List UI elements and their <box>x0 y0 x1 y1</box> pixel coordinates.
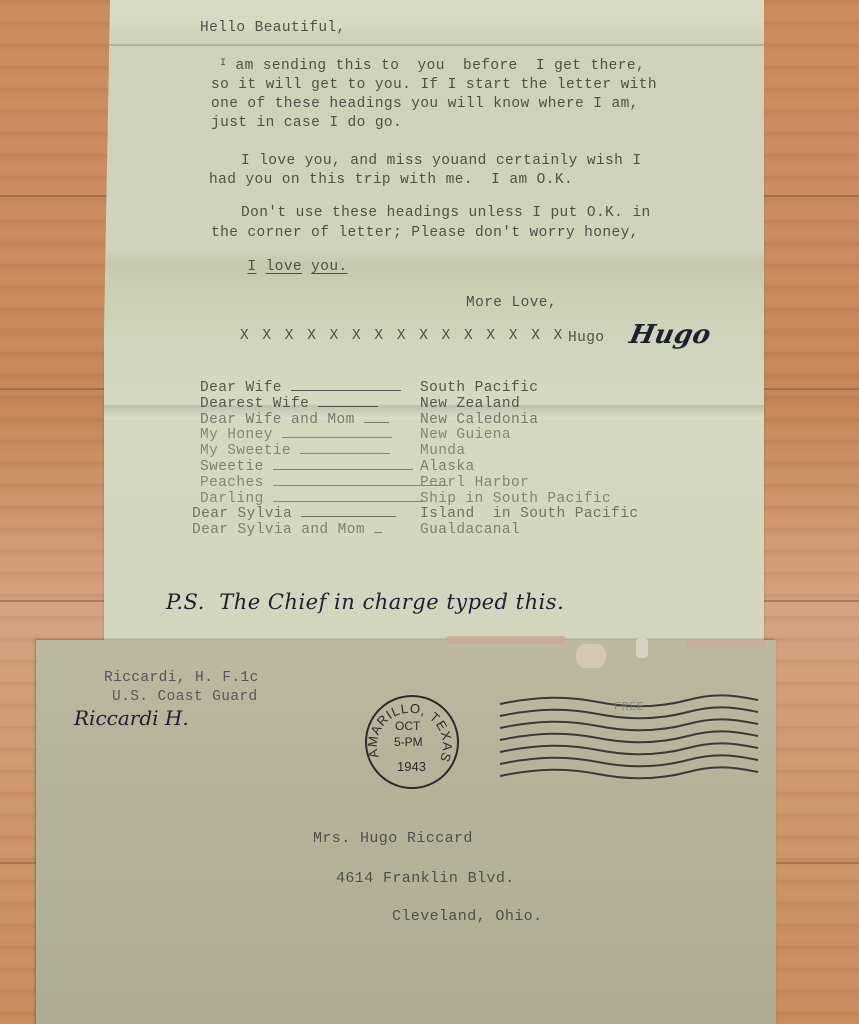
paragraph-1-line-3: one of these headings you will know wher… <box>211 96 639 112</box>
code-heading: Dear Sylvia and Mom <box>192 522 374 538</box>
code-key-row: Darling Ship in South Pacific <box>200 491 720 507</box>
code-heading: Darling <box>200 491 273 507</box>
recipient-street: 4614 Franklin Blvd. <box>336 870 515 887</box>
code-heading: My Honey <box>200 427 282 443</box>
kisses-row: X X X X X X X X X X X X X X X <box>240 328 565 344</box>
underscore-blank <box>282 427 392 438</box>
recipient-city: Cleveland, Ohio. <box>392 908 542 925</box>
code-key-row: My Sweetie Munda <box>200 443 720 459</box>
code-heading: Dearest Wife <box>200 396 318 412</box>
letter-greeting: Hello Beautiful, <box>200 20 346 36</box>
code-location: Alaska <box>420 459 475 475</box>
paragraph-2-line-1: I love you, and miss youand certainly wi… <box>241 153 641 169</box>
code-key-row: Sweetie Alaska <box>200 459 720 475</box>
code-key-row: Peaches Pearl Harbor <box>200 475 720 491</box>
letter-closing: More Love, <box>466 295 557 311</box>
torn-flap-fragment <box>446 636 566 644</box>
code-key-row: Dear Sylvia Island in South Pacific <box>192 506 712 522</box>
handwritten-signature: Hugo <box>627 320 714 350</box>
underlined-word: love <box>266 259 302 275</box>
postmark-date: OCT <box>395 719 420 733</box>
paragraph-1-line-2: so it will get to you. If I start the le… <box>211 77 657 93</box>
paragraph-1-line-1: I I am sending this to you before I get … <box>220 58 645 74</box>
code-key-row: Dear Wife and Mom New Caledonia <box>200 412 720 428</box>
underscore-blank <box>273 459 413 470</box>
code-heading: Dear Wife <box>200 380 291 396</box>
torn-flap-fragment <box>686 640 766 648</box>
handwritten-postscript: P.S. The Chief in charge typed this. <box>166 590 564 614</box>
underscore-blank <box>301 506 396 517</box>
underscore-blank <box>273 491 423 502</box>
paragraph-3-line-2: the corner of letter; Please don't worry… <box>211 225 639 241</box>
code-key-row: Dear Wife South Pacific <box>200 380 720 396</box>
return-address-line-2: U.S. Coast Guard <box>112 689 258 705</box>
code-location: New Guiena <box>420 427 511 443</box>
paper-fold-top <box>104 44 764 46</box>
free-frank: FREE <box>614 700 644 714</box>
paragraph-3-line-1: Don't use these headings unless I put O.… <box>241 205 651 221</box>
postmark-time: 5-PM <box>394 735 423 749</box>
code-location: Pearl Harbor <box>420 475 529 491</box>
code-location: Gualdacanal <box>420 522 520 538</box>
code-key-row: Dearest Wife New Zealand <box>200 396 720 412</box>
code-location: New Zealand <box>420 396 520 412</box>
recipient-name: Mrs. Hugo Riccard <box>313 830 473 847</box>
paragraph-3-line-3: I love you. <box>211 243 348 291</box>
code-heading: Dear Wife and Mom <box>200 412 364 428</box>
handwritten-return-name: Riccardi H. <box>74 706 189 730</box>
postmark-circle: AMARILLO, TEXAS OCT 5-PM 1943 <box>365 695 459 789</box>
typed-letter: Hello Beautiful, I I am sending this to … <box>104 0 764 660</box>
underlined-word: you. <box>311 259 347 275</box>
paragraph-1-line-4: just in case I do go. <box>211 115 402 131</box>
code-heading: My Sweetie <box>200 443 300 459</box>
code-heading: Peaches <box>200 475 273 491</box>
underscore-blank <box>318 396 378 407</box>
code-heading: Sweetie <box>200 459 273 475</box>
postmark-year: 1943 <box>397 759 426 774</box>
envelope: Riccardi, H. F.1c U.S. Coast Guard Ricca… <box>36 640 776 1024</box>
underscore-blank <box>291 380 401 391</box>
code-location: South Pacific <box>420 380 538 396</box>
underscore-blank <box>374 522 382 533</box>
code-heading: Dear Sylvia <box>192 506 301 522</box>
underscore-blank <box>300 443 390 454</box>
underscore-blank <box>364 412 389 423</box>
code-key-row: My Honey New Guiena <box>200 427 720 443</box>
code-location: Munda <box>420 443 466 459</box>
typed-name: Hugo <box>568 330 604 346</box>
underlined-word: I <box>247 259 256 275</box>
code-location: Island in South Pacific <box>420 506 638 522</box>
paragraph-2-line-2: had you on this trip with me. I am O.K. <box>209 172 573 188</box>
code-key-row: Dear Sylvia and Mom Gualdacanal <box>192 522 712 538</box>
torn-flap-fragment <box>636 638 648 658</box>
return-address-line-1: Riccardi, H. F.1c <box>104 670 259 686</box>
torn-flap-fragment <box>576 644 606 668</box>
code-location: New Caledonia <box>420 412 538 428</box>
code-location: Ship in South Pacific <box>420 491 611 507</box>
